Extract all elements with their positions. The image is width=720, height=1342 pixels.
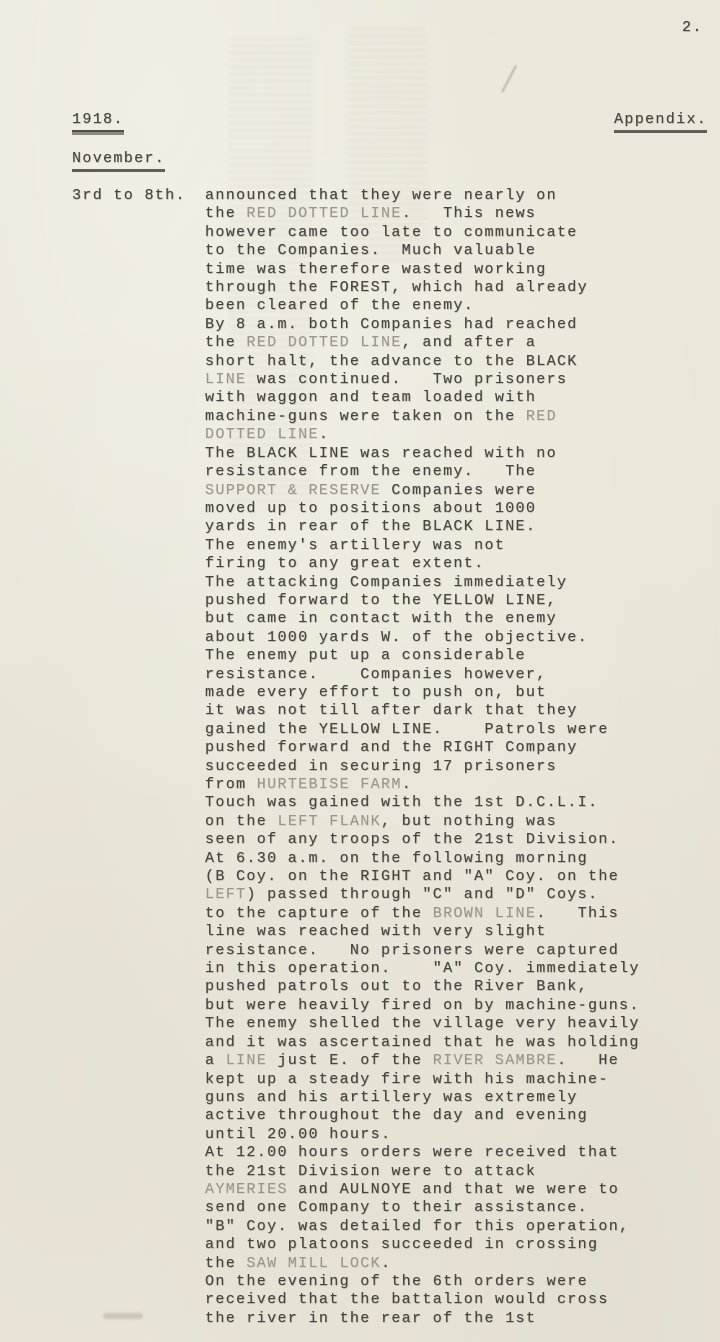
text-line: about 1000 yards W. of the objective. [205, 629, 640, 647]
text-line: LINE was continued. Two prisoners [205, 371, 640, 389]
appendix-heading: Appendix. [614, 111, 707, 130]
text-line: The enemy's artillery was not [205, 537, 640, 555]
text-line: gained the YELLOW LINE. Patrols were [205, 721, 640, 739]
text-line: to the capture of the BROWN LINE. This [205, 905, 640, 923]
text-line: resistance from the enemy. The [205, 463, 640, 481]
text-line: LEFT) passed through "C" and "D" Coys. [205, 886, 640, 904]
text-line: short halt, the advance to the BLACK [205, 353, 640, 371]
text-line: resistance. Companies however, [205, 666, 640, 684]
text-line: firing to any great extent. [205, 555, 640, 573]
text-line: kept up a steady fire with his machine- [205, 1071, 640, 1089]
text-line: and it was ascertained that he was holdi… [205, 1034, 640, 1052]
text-line: until 20.00 hours. [205, 1126, 640, 1144]
text-line: machine-guns were taken on the RED [205, 408, 640, 426]
text-line: it was not till after dark that they [205, 702, 640, 720]
text-line: on the LEFT FLANK, but nothing was [205, 813, 640, 831]
text-line: the 21st Division were to attack [205, 1163, 640, 1181]
text-line: The enemy shelled the village very heavi… [205, 1015, 640, 1033]
text-line: pushed patrols out to the River Bank, [205, 978, 640, 996]
text-line: "B" Coy. was detailed for this operation… [205, 1218, 640, 1236]
text-line: but came in contact with the enemy [205, 610, 640, 628]
text-line: DOTTED LINE. [205, 426, 640, 444]
text-line: made every effort to push on, but [205, 684, 640, 702]
text-line: received that the battalion would cross [205, 1291, 640, 1309]
text-line: the RED DOTTED LINE, and after a [205, 334, 640, 352]
text-line: AYMERIES and AULNOYE and that we were to [205, 1181, 640, 1199]
text-line: At 12.00 hours orders were received that [205, 1144, 640, 1162]
text-line: SUPPORT & RESERVE Companies were [205, 482, 640, 500]
text-line: pushed forward to the YELLOW LINE, [205, 592, 640, 610]
text-line: The enemy put up a considerable [205, 647, 640, 665]
text-line: however came too late to communicate [205, 224, 640, 242]
text-line: and two platoons succeeded in crossing [205, 1236, 640, 1254]
ink-smudge [103, 1313, 143, 1319]
document-page: 2. 1918. Appendix. November. 3rd to 8th.… [0, 0, 720, 1342]
text-line: By 8 a.m. both Companies had reached [205, 316, 640, 334]
text-line: On the evening of the 6th orders were [205, 1273, 640, 1291]
text-line: line was reached with very slight [205, 923, 640, 941]
text-line: in this operation. "A" Coy. immediately [205, 960, 640, 978]
text-line: the SAW MILL LOCK. [205, 1255, 640, 1273]
text-line: succeeded in securing 17 prisoners [205, 758, 640, 776]
text-line: the river in the rear of the 1st [205, 1310, 640, 1328]
text-line: pushed forward and the RIGHT Company [205, 739, 640, 757]
entry-text: announced that they were nearly onthe RE… [205, 187, 640, 1328]
text-line: The BLACK LINE was reached with no [205, 445, 640, 463]
text-line: with waggon and team loaded with [205, 389, 640, 407]
text-line: through the FOREST, which had already [205, 279, 640, 297]
text-line: a LINE just E. of the RIVER SAMBRE. He [205, 1052, 640, 1070]
text-line: been cleared of the enemy. [205, 297, 640, 315]
text-line: from HURTEBISE FARM. [205, 776, 640, 794]
text-line: yards in rear of the BLACK LINE. [205, 518, 640, 536]
text-line: but were heavily fired on by machine-gun… [205, 997, 640, 1015]
text-line: (B Coy. on the RIGHT and "A" Coy. on the [205, 868, 640, 886]
date-range-label: 3rd to 8th. [72, 187, 186, 204]
text-line: active throughout the day and evening [205, 1107, 640, 1125]
year-heading: 1918. [72, 111, 124, 130]
text-line: moved up to positions about 1000 [205, 500, 640, 518]
month-heading: November. [72, 150, 165, 169]
text-line: At 6.30 a.m. on the following morning [205, 850, 640, 868]
crease-mark [501, 65, 517, 92]
text-line: the RED DOTTED LINE. This news [205, 205, 640, 223]
text-line: Touch was gained with the 1st D.C.L.I. [205, 794, 640, 812]
text-line: time was therefore wasted working [205, 261, 640, 279]
text-line: The attacking Companies immediately [205, 574, 640, 592]
text-line: seen of any troops of the 21st Division. [205, 831, 640, 849]
text-line: announced that they were nearly on [205, 187, 640, 205]
text-line: to the Companies. Much valuable [205, 242, 640, 260]
page-number: 2. [682, 19, 703, 36]
text-line: resistance. No prisoners were captured [205, 942, 640, 960]
text-line: send one Company to their assistance. [205, 1199, 640, 1217]
text-line: guns and his artillery was extremely [205, 1089, 640, 1107]
